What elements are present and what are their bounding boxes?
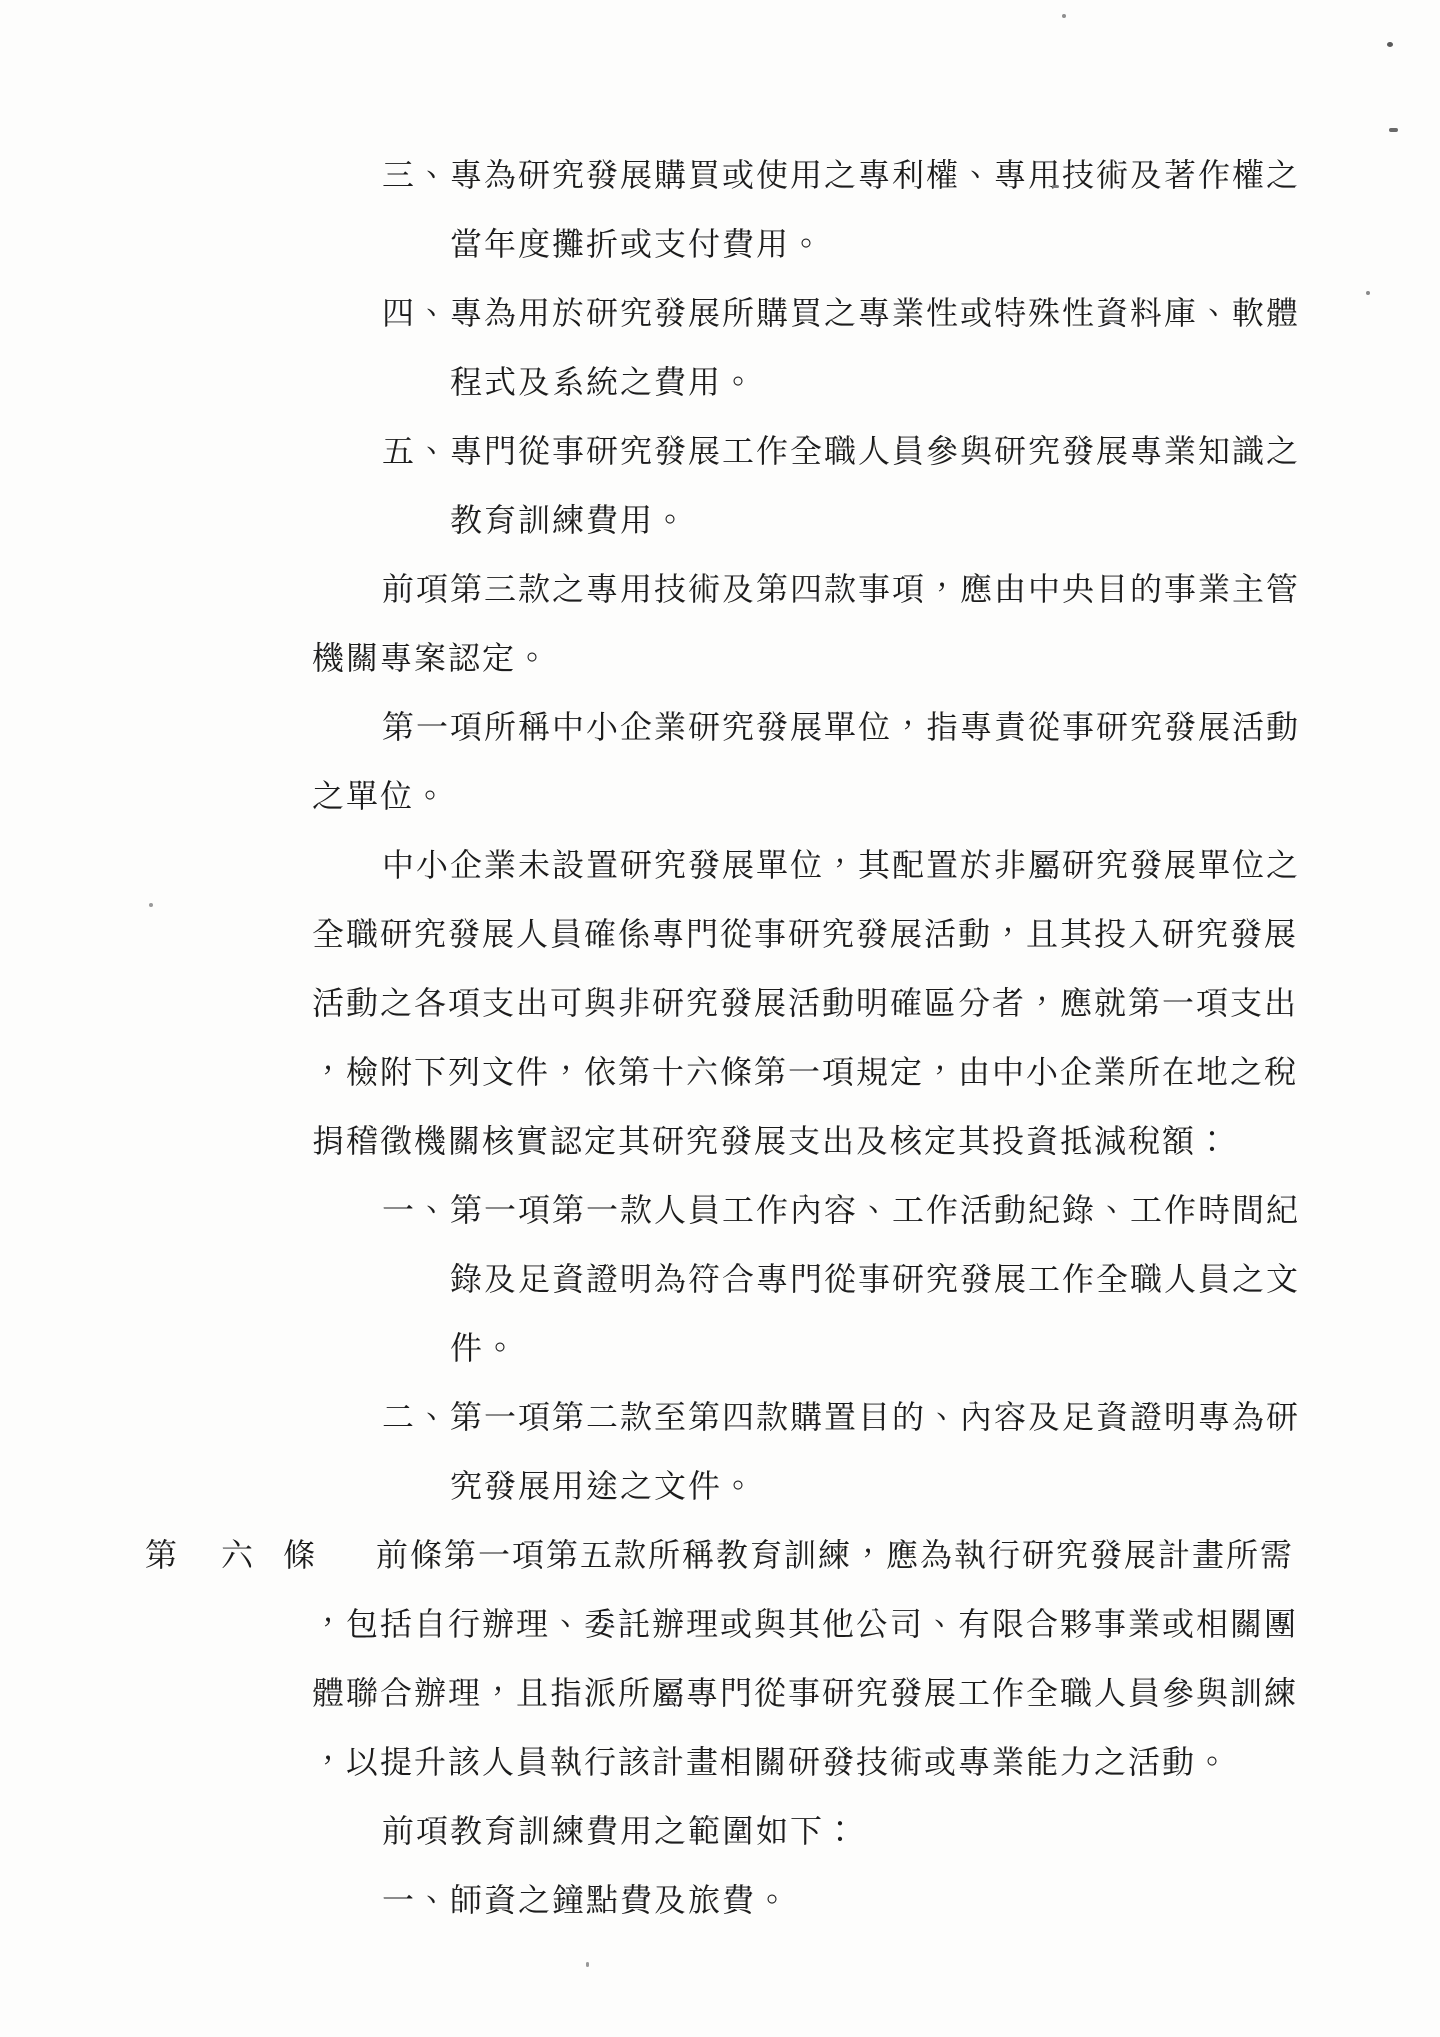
text-line: 四、專為用於研究發展所購買之專業性或特殊性資料庫、軟體 bbox=[382, 293, 1300, 333]
text-line: 當年度攤折或支付費用。 bbox=[450, 224, 824, 264]
scan-speckle bbox=[1389, 128, 1398, 132]
text-line: 一、師資之鐘點費及旅費。 bbox=[382, 1880, 790, 1920]
scan-speckle bbox=[586, 1962, 589, 1967]
text-line: 一、第一項第一款人員工作內容、工作活動紀錄、工作時間紀 bbox=[382, 1190, 1300, 1230]
text-line: ，包括自行辦理、委託辦理或與其他公司、有限合夥事業或相關團 bbox=[312, 1604, 1298, 1644]
text-line: 前項第三款之專用技術及第四款事項，應由中央目的事業主管 bbox=[382, 569, 1300, 609]
text-line: 究發展用途之文件。 bbox=[450, 1466, 756, 1506]
text-line: 程式及系統之費用。 bbox=[450, 362, 756, 402]
scan-speckle bbox=[1062, 14, 1066, 18]
text-line: 之單位。 bbox=[312, 776, 448, 816]
text-line: 活動之各項支出可與非研究發展活動明確區分者，應就第一項支出 bbox=[312, 983, 1298, 1023]
text-line: 體聯合辦理，且指派所屬專門從事研究發展工作全職人員參與訓練 bbox=[312, 1673, 1298, 1713]
text-line: 機關專案認定。 bbox=[312, 638, 550, 678]
scan-speckle bbox=[1387, 42, 1393, 47]
article-number-char: 第 bbox=[145, 1535, 179, 1575]
text-line: 前項教育訓練費用之範圍如下： bbox=[382, 1811, 858, 1851]
text-line: 三、專為研究發展購買或使用之專利權、專用技術及著作權之 bbox=[382, 155, 1300, 195]
text-line: ，檢附下列文件，依第十六條第一項規定，由中小企業所在地之稅 bbox=[312, 1052, 1298, 1092]
article-heading-line: 第六條前條第一項第五款所稱教育訓練，應為執行研究發展計畫所需 bbox=[145, 1535, 1294, 1575]
text-line: 第一項所稱中小企業研究發展單位，指專責從事研究發展活動 bbox=[382, 707, 1300, 747]
scan-speckle bbox=[149, 903, 153, 907]
text-line: 五、專門從事研究發展工作全職人員參與研究發展專業知識之 bbox=[382, 431, 1300, 471]
article-number-char: 條 bbox=[283, 1535, 317, 1575]
text-line: 件。 bbox=[450, 1328, 518, 1368]
article-body-text: 前條第一項第五款所稱教育訓練，應為執行研究發展計畫所需 bbox=[376, 1537, 1294, 1573]
text-line: 二、第一項第二款至第四款購置目的、內容及足資證明專為研 bbox=[382, 1397, 1300, 1437]
article-number-char: 六 bbox=[221, 1535, 255, 1575]
text-line: 捐稽徵機關核實認定其研究發展支出及核定其投資抵減稅額： bbox=[312, 1121, 1230, 1161]
text-line: 錄及足資證明為符合專門從事研究發展工作全職人員之文 bbox=[450, 1259, 1300, 1299]
text-line: 教育訓練費用。 bbox=[450, 500, 688, 540]
scan-speckle bbox=[1366, 291, 1370, 295]
text-line: ，以提升該人員執行該計畫相關研發技術或專業能力之活動。 bbox=[312, 1742, 1230, 1782]
text-line: 中小企業未設置研究發展單位，其配置於非屬研究發展單位之 bbox=[382, 845, 1300, 885]
document-page: 三、專為研究發展購買或使用之專利權、專用技術及著作權之當年度攤折或支付費用。四、… bbox=[0, 0, 1440, 2037]
text-line: 全職研究發展人員確係專門從事研究發展活動，且其投入研究發展 bbox=[312, 914, 1298, 954]
